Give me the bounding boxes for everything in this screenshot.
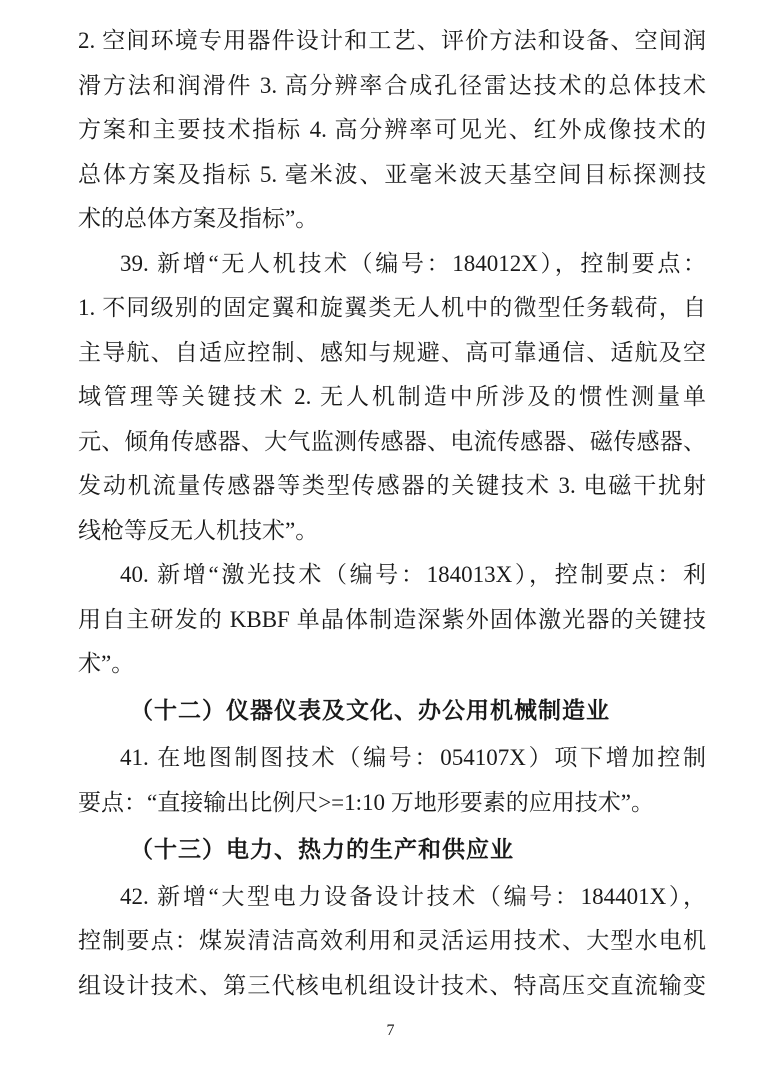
- paragraph-item-39-line-3: 主导航、自适应控制、感知与规避、高可靠通信、适航及空: [78, 331, 706, 376]
- paragraph-item-42-line-1: 42. 新增“大型电力设备设计技术（编号：184401X），: [78, 875, 706, 920]
- page-number: 7: [387, 1022, 395, 1039]
- section-heading-13: （十三）电力、热力的生产和供应业: [78, 828, 706, 873]
- paragraph-item-41-line-2: 要点：“直接输出比例尺>=1:10 万地形要素的应用技术”。: [78, 781, 706, 826]
- paragraph-item-41-line-1: 41. 在地图制图技术（编号：054107X）项下增加控制: [78, 736, 706, 781]
- page-footer: 7: [0, 1022, 781, 1040]
- paragraph-item-39-line-6: 发动机流量传感器等类型传感器的关键技术 3. 电磁干扰射: [78, 464, 706, 509]
- document-page: 2. 空间环境专用器件设计和工艺、评价方法和设备、空间润滑方法和润滑件 3. 高…: [0, 0, 781, 1083]
- paragraph-continuation-line-2: 滑方法和润滑件 3. 高分辨率合成孔径雷达技术的总体技术: [78, 64, 706, 109]
- paragraph-item-42-line-3: 组设计技术、第三代核电机组设计技术、特高压交直流输变: [78, 964, 706, 1009]
- section-heading-12: （十二）仪器仪表及文化、办公用机械制造业: [78, 689, 706, 734]
- paragraph-continuation-line-1: 2. 空间环境专用器件设计和工艺、评价方法和设备、空间润: [78, 19, 706, 64]
- paragraph-continuation-line-3: 方案和主要技术指标 4. 高分辨率可见光、红外成像技术的: [78, 108, 706, 153]
- paragraph-item-40-line-1: 40. 新增“激光技术（编号：184013X），控制要点：利: [78, 553, 706, 598]
- paragraph-item-39-line-2: 1. 不同级别的固定翼和旋翼类无人机中的微型任务载荷，自: [78, 286, 706, 331]
- paragraph-item-39-line-5: 元、倾角传感器、大气监测传感器、电流传感器、磁传感器、: [78, 420, 706, 465]
- paragraph-item-39-line-1: 39. 新增“无人机技术（编号：184012X），控制要点：: [78, 242, 706, 287]
- document-body: 2. 空间环境专用器件设计和工艺、评价方法和设备、空间润滑方法和润滑件 3. 高…: [78, 19, 706, 1008]
- paragraph-continuation-line-5: 术的总体方案及指标”。: [78, 197, 706, 242]
- paragraph-item-40-line-3: 术”。: [78, 642, 706, 687]
- paragraph-item-42-line-2: 控制要点：煤炭清洁高效利用和灵活运用技术、大型水电机: [78, 919, 706, 964]
- paragraph-continuation-line-4: 总体方案及指标 5. 毫米波、亚毫米波天基空间目标探测技: [78, 153, 706, 198]
- paragraph-item-40-line-2: 用自主研发的 KBBF 单晶体制造深紫外固体激光器的关键技: [78, 598, 706, 643]
- paragraph-item-39-line-7: 线枪等反无人机技术”。: [78, 509, 706, 554]
- paragraph-item-39-line-4: 域管理等关键技术 2. 无人机制造中所涉及的惯性测量单: [78, 375, 706, 420]
